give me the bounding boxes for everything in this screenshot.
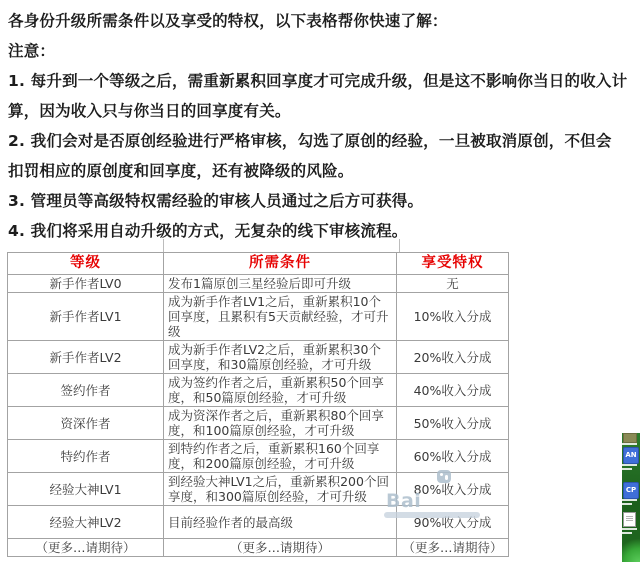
cell-requirement: 成为新手作者LV2之后，重新累积30个回享度，和30篇原创经验，才可升级 xyxy=(164,341,397,374)
cell-requirement: 到经验大神LV1之后，重新累积200个回享度，和300篇原创经验，才可升级 xyxy=(164,473,397,506)
intro-note-1-line-2: 算，因为收入只与你当日的回享度有关。 xyxy=(8,96,636,126)
intro-title: 各身份升级所需条件以及享受的特权，以下表格帮你快速了解： xyxy=(8,6,636,36)
level-privilege-table: 等级 所需条件 享受特权 新手作者LV0 发布1篇原创三星经验后即可升级 无 新… xyxy=(7,252,509,557)
cell-requirement: 到特约作者之后，重新累积160个回享度，和200篇原创经验，才可升级 xyxy=(164,440,397,473)
desktop-icon-document[interactable] xyxy=(623,512,636,527)
grid-stub-line xyxy=(163,239,164,252)
table-row: 经验大神LV1 到经验大神LV1之后，重新累积200个回享度，和300篇原创经验… xyxy=(8,473,509,506)
cell-level: 新手作者LV0 xyxy=(8,275,164,293)
cell-level: 特约作者 xyxy=(8,440,164,473)
desktop-icon-label xyxy=(622,468,632,470)
desktop-icon-label xyxy=(622,443,637,445)
cell-requirement: 目前经验作者的最高级 xyxy=(164,506,397,539)
cell-requirement: 成为资深作者之后，重新累积80个回享度，和100篇原创经验，才可升级 xyxy=(164,407,397,440)
cell-privilege: 90%收入分成 xyxy=(397,506,509,539)
desktop-icon-label xyxy=(622,464,637,466)
cell-privilege: 无 xyxy=(397,275,509,293)
desktop-icon-partial[interactable] xyxy=(623,433,637,443)
desktop-icon-an[interactable]: AN xyxy=(623,447,639,464)
desktop-icon-cp[interactable]: CP xyxy=(623,482,639,499)
cell-level: 经验大神LV2 xyxy=(8,506,164,539)
table-row: 经验大神LV2 目前经验作者的最高级 90%收入分成 xyxy=(8,506,509,539)
cell-level: 资深作者 xyxy=(8,407,164,440)
header-level: 等级 xyxy=(8,253,164,275)
cell-privilege: 50%收入分成 xyxy=(397,407,509,440)
intro-text-block: 各身份升级所需条件以及享受的特权，以下表格帮你快速了解： 注意： 1. 每升到一… xyxy=(8,6,636,246)
header-privilege: 享受特权 xyxy=(397,253,509,275)
cell-privilege: （更多…请期待） xyxy=(397,539,509,557)
intro-note-2-line-2: 扣罚相应的原创度和回享度，还有被降级的风险。 xyxy=(8,156,636,186)
cell-privilege: 20%收入分成 xyxy=(397,341,509,374)
table-header-row: 等级 所需条件 享受特权 xyxy=(8,253,509,275)
table-row: 新手作者LV1 成为新手作者LV1之后，重新累积10个回享度，且累积有5天贡献经… xyxy=(8,293,509,341)
cell-level: 经验大神LV1 xyxy=(8,473,164,506)
grid-stub-line xyxy=(399,239,400,252)
document-page: 各身份升级所需条件以及享受的特权，以下表格帮你快速了解： 注意： 1. 每升到一… xyxy=(0,0,640,562)
cell-privilege: 10%收入分成 xyxy=(397,293,509,341)
desktop-icon-label xyxy=(622,532,632,534)
header-requirement: 所需条件 xyxy=(164,253,397,275)
table-row: 新手作者LV2 成为新手作者LV2之后，重新累积30个回享度，和30篇原创经验，… xyxy=(8,341,509,374)
table-row: 新手作者LV0 发布1篇原创三星经验后即可升级 无 xyxy=(8,275,509,293)
desktop-sliver: AN CP xyxy=(622,433,640,562)
cell-requirement: 发布1篇原创三星经验后即可升级 xyxy=(164,275,397,293)
intro-note-3: 3. 管理员等高级特权需经验的审核人员通过之后方可获得。 xyxy=(8,186,636,216)
cell-privilege: 40%收入分成 xyxy=(397,374,509,407)
table-row: （更多…请期待） （更多…请期待） （更多…请期待） xyxy=(8,539,509,557)
intro-note-label: 注意： xyxy=(8,36,636,66)
cell-level: 新手作者LV1 xyxy=(8,293,164,341)
wallpaper-highlight xyxy=(622,538,640,562)
intro-note-4: 4. 我们将采用自动升级的方式，无复杂的线下审核流程。 xyxy=(8,216,636,246)
desktop-icon-label xyxy=(622,499,637,501)
cell-level: 签约作者 xyxy=(8,374,164,407)
cell-requirement: 成为新手作者LV1之后，重新累积10个回享度，且累积有5天贡献经验，才可升级 xyxy=(164,293,397,341)
table-row: 资深作者 成为资深作者之后，重新累积80个回享度，和100篇原创经验，才可升级 … xyxy=(8,407,509,440)
intro-note-1-line-1: 1. 每升到一个等级之后，需重新累积回享度才可完成升级，但是这不影响你当日的收入… xyxy=(8,66,636,96)
cell-privilege: 80%收入分成 xyxy=(397,473,509,506)
cell-privilege: 60%收入分成 xyxy=(397,440,509,473)
table-row: 特约作者 到特约作者之后，重新累积160个回享度，和200篇原创经验，才可升级 … xyxy=(8,440,509,473)
desktop-icon-label xyxy=(622,528,637,530)
table-row: 签约作者 成为签约作者之后，重新累积50个回享度，和50篇原创经验，才可升级 4… xyxy=(8,374,509,407)
cell-level: （更多…请期待） xyxy=(8,539,164,557)
cell-requirement: 成为签约作者之后，重新累积50个回享度，和50篇原创经验，才可升级 xyxy=(164,374,397,407)
desktop-icon-label xyxy=(622,503,632,505)
cell-requirement: （更多…请期待） xyxy=(164,539,397,557)
cell-level: 新手作者LV2 xyxy=(8,341,164,374)
intro-note-2-line-1: 2. 我们会对是否原创经验进行严格审核，勾选了原创的经验，一旦被取消原创，不但会 xyxy=(8,126,636,156)
